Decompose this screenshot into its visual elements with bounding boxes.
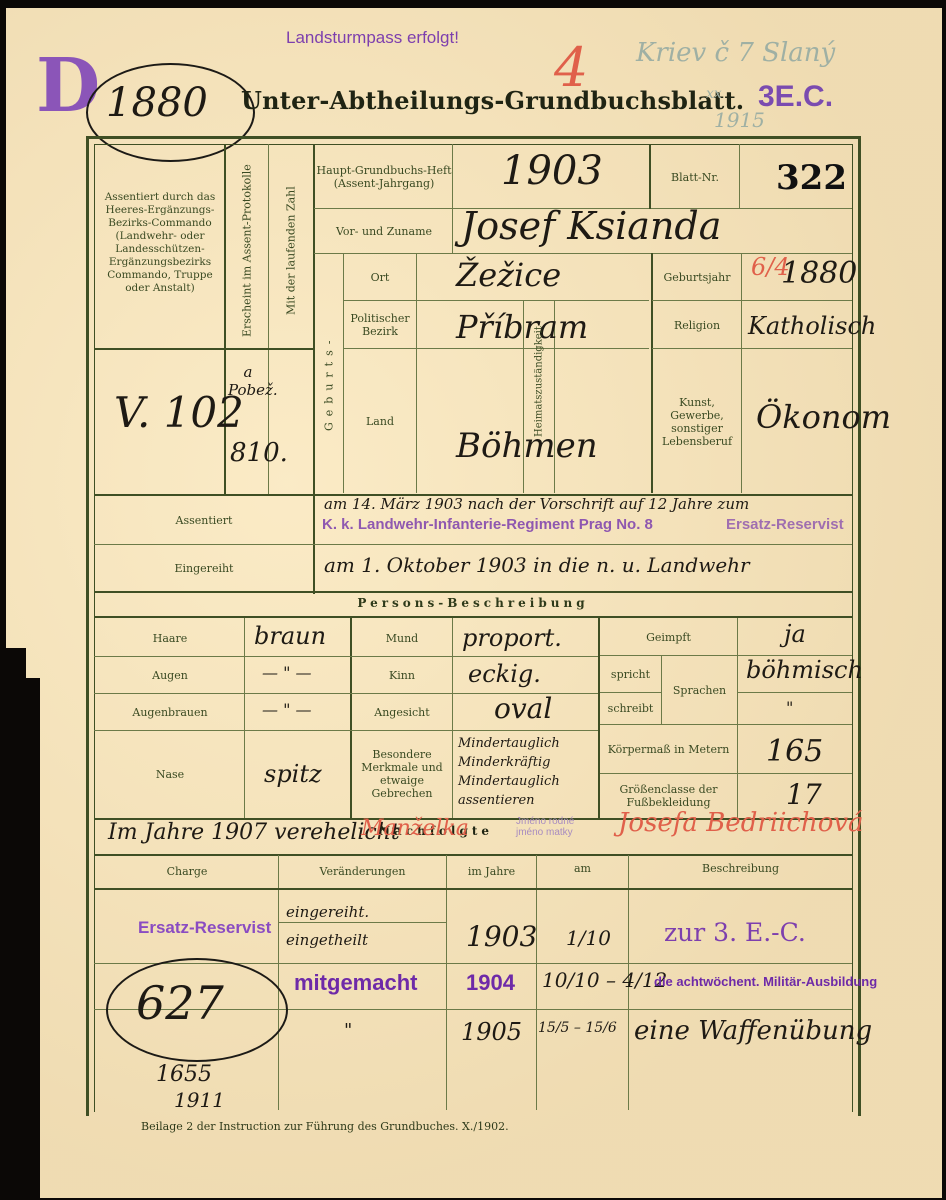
bezirk-label: Politischer Bezirk: [344, 302, 416, 348]
bezirk-value: Příbram: [456, 308, 588, 346]
row1-am: 1/10: [566, 926, 611, 950]
col-jahr: im Jahre: [447, 856, 536, 886]
pencil-prefix: xx: [706, 86, 722, 102]
spricht-label: spricht: [600, 656, 661, 692]
eingereiht-label: Eingereiht: [96, 546, 312, 590]
persons-heading: Persons-Beschreibung: [94, 596, 852, 610]
laufende-zahl-label: Mit der laufenden Zahl: [271, 158, 311, 343]
sprachen-value: böhmisch: [746, 656, 863, 684]
page-title: Unter-Abtheilungs-Grundbuchsblatt.: [241, 86, 744, 115]
name-value: Josef Ksianda: [461, 204, 721, 248]
erscheint-value-bottom: 810.: [230, 438, 288, 468]
red-note-wife-name: Josefa Bedriichová: [618, 808, 864, 838]
sprachen-label: Sprachen: [662, 656, 737, 724]
nase-label: Nase: [96, 731, 244, 817]
merkmale-label: Besondere Merkmale und etwaige Gebrechen: [352, 731, 452, 817]
beruf-label: Kunst, Gewerbe, sonstiger Lebensberuf: [653, 350, 741, 493]
schreibt-label: schreibt: [600, 693, 661, 724]
haare-label: Haare: [96, 620, 244, 656]
kinn-value: eckig.: [468, 660, 541, 688]
erscheint-value-top: a Pobež.: [228, 363, 268, 399]
ec-stamp: 3E.C.: [758, 80, 833, 114]
beruf-value: Ökonom: [756, 398, 891, 436]
pencil-note: Kriev č 7 Slaný: [636, 38, 835, 68]
row2-beschreibung: die achtwöchent. Militär-Ausbildung: [654, 974, 877, 989]
augenbrauen-label: Augenbrauen: [96, 694, 244, 730]
bottom-note-1655: 1655: [156, 1062, 212, 1087]
assentiert-durch-label: Assentiert durch das Heeres-Ergänzungs-B…: [96, 168, 224, 318]
sprachen-value2: ": [786, 698, 793, 717]
row3-jahr: 1905: [461, 1018, 522, 1046]
heimat-label: Heimatszuständigkeit: [525, 302, 553, 462]
row3-beschreibung: eine Waffenübung: [634, 1016, 872, 1046]
haare-value: braun: [254, 622, 326, 650]
red-note-manzelka: Manželka: [361, 816, 469, 841]
mund-label: Mund: [352, 620, 452, 656]
col-am: am: [537, 856, 628, 880]
footer-instruction: Beilage 2 der Instruction zur Führung de…: [141, 1120, 509, 1133]
row1-charge: Ersatz-Reservist: [138, 918, 271, 938]
land-label: Land: [344, 350, 416, 493]
ort-label: Ort: [344, 254, 416, 300]
geburts-label: Geburts-: [316, 338, 342, 428]
geimpft-label: Geimpft: [600, 620, 737, 655]
row2-veraenderung: mitgemacht: [294, 970, 417, 996]
nase-value: spitz: [264, 760, 322, 788]
ort-value: Žežice: [456, 256, 561, 294]
blatt-nr-label: Blatt-Nr.: [651, 148, 739, 206]
geburtsjahr-value: 1880: [781, 256, 857, 291]
landsturmpass-stamp: Landsturmpass erfolgt!: [286, 28, 459, 48]
geburtsjahr-label: Geburtsjahr: [653, 254, 741, 300]
red-mark: 4: [554, 36, 588, 99]
angesicht-label: Angesicht: [352, 694, 452, 730]
bottom-note-1911: 1911: [174, 1088, 225, 1112]
haupt-grundbuch-value: 1903: [501, 148, 603, 194]
row1-jahr: 1903: [466, 920, 537, 953]
row2-jahr: 1904: [466, 970, 515, 996]
religion-value: Katholisch: [748, 312, 876, 340]
col-beschreibung: Beschreibung: [629, 856, 852, 880]
augenbrauen-value: — " —: [262, 700, 312, 719]
assentiert-durch-value: V. 102: [114, 388, 244, 437]
assentiert-label: Assentiert: [96, 498, 312, 543]
row3-am: 15/5 – 15/6: [538, 1020, 617, 1036]
row3-veraenderung: ": [344, 1020, 352, 1041]
kinn-label: Kinn: [352, 657, 452, 693]
haupt-grundbuch-label: Haupt-Grundbuchs-Heft (Assent-Jahrgang): [316, 148, 452, 206]
mund-value: proport.: [462, 624, 562, 652]
angesicht-value: oval: [494, 692, 552, 725]
torn-edge: [6, 678, 40, 1200]
row2-am: 10/10 – 4/12: [542, 968, 667, 992]
name-label: Vor- und Zuname: [316, 210, 452, 252]
regiment-stamp: K. k. Landwehr-Infanterie-Regiment Prag …: [322, 516, 653, 533]
geimpft-value: ja: [784, 620, 806, 648]
koerpermass-label: Körpermaß in Metern: [600, 725, 737, 773]
ersatz-stamp: Ersatz-Reservist: [726, 516, 844, 533]
religion-label: Religion: [653, 302, 741, 348]
circled-number: 627: [136, 976, 224, 1030]
assentiert-hand: am 14. März 1903 nach der Vorschrift auf…: [324, 495, 749, 513]
document-page: Landsturmpass erfolgt! D 1880 Unter-Abth…: [6, 8, 942, 1198]
col-charge: Charge: [96, 856, 278, 886]
augen-value: — " —: [262, 663, 312, 682]
row1-beschreibung: zur 3. E.-C.: [664, 918, 806, 947]
row1-veraenderung: eingereiht. eingetheilt: [286, 898, 446, 954]
fussbekleidung-value: 17: [786, 778, 822, 811]
col-veraenderungen: Veränderungen: [279, 856, 446, 886]
rodne-jmeno-stamp: Jméno rodné jméno matky: [516, 816, 586, 838]
eingereiht-hand: am 1. Oktober 1903 in die n. u. Landwehr: [324, 553, 750, 577]
merkmale-value: Mindertauglich Minderkräftig Mindertaugl…: [458, 734, 598, 810]
erscheint-label: Erscheint im Assent-Protokolle: [228, 158, 266, 343]
koerpermass-value: 165: [766, 734, 823, 769]
blatt-nr-value: 322: [776, 158, 847, 198]
circled-year: 1880: [106, 80, 208, 126]
augen-label: Augen: [96, 657, 244, 693]
